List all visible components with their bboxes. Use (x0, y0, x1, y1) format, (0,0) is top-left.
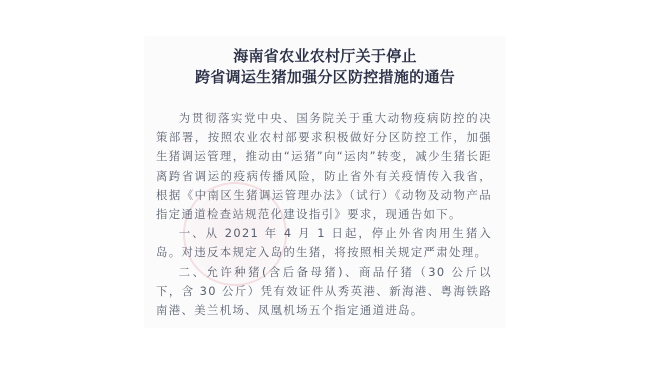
paragraph-item-2: 二、允许种猪(含后备母猪)、商品仔猪（30 公斤以下，含 30 公斤）凭有效证件… (156, 263, 492, 321)
title-line-2: 跨省调运生猪加强分区防控措施的通告 (145, 67, 505, 88)
document-page: 海南省农业农村厅关于停止 跨省调运生猪加强分区防控措施的通告 为贯彻落实党中央、… (145, 37, 505, 327)
paragraph-preamble: 为贯彻落实党中央、国务院关于重大动物疫病防控的决策部署，按照农业农村部要求积极做… (156, 109, 492, 224)
document-title: 海南省农业农村厅关于停止 跨省调运生猪加强分区防控措施的通告 (145, 46, 505, 88)
paragraph-item-1: 一、从 2021 年 4 月 1 日起，停止外省肉用生猪入岛。对违反本规定入岛的… (156, 224, 492, 262)
document-body: 为贯彻落实党中央、国务院关于重大动物疫病防控的决策部署，按照农业农村部要求积极做… (156, 109, 492, 320)
title-line-1: 海南省农业农村厅关于停止 (145, 46, 505, 67)
screenshot-canvas: 海南省农业农村厅关于停止 跨省调运生猪加强分区防控措施的通告 为贯彻落实党中央、… (0, 0, 650, 366)
